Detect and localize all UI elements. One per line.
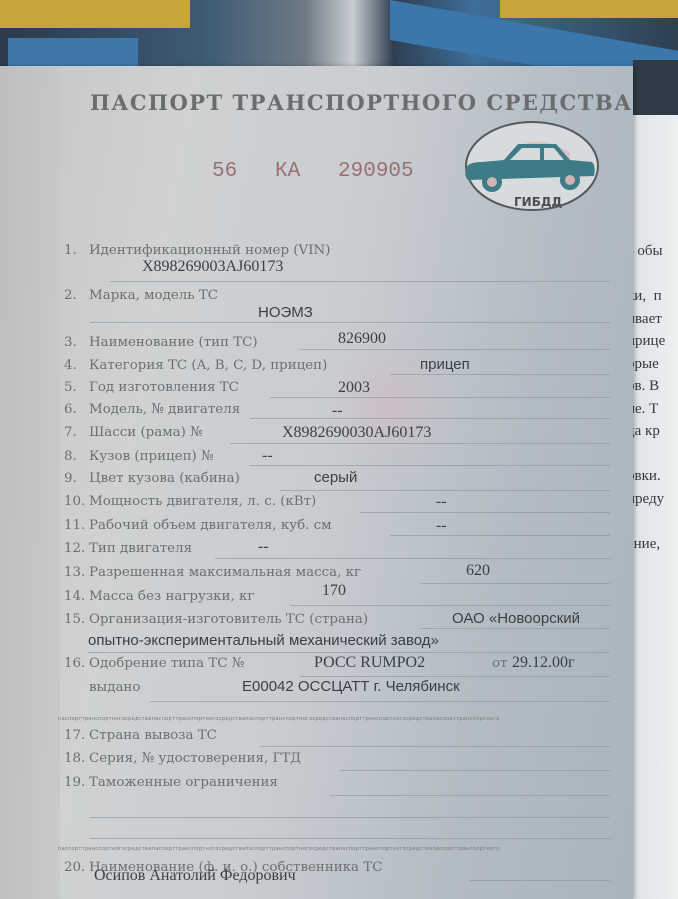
field-label-text: Одобрение типа ТС № — [89, 656, 244, 671]
field-value-14: 170 — [322, 582, 346, 600]
field-number: 12. — [64, 541, 89, 556]
field-value-16: РОСС RUMPO2 — [314, 654, 425, 672]
field-underline — [150, 701, 610, 702]
field-value-8: -- — [262, 447, 273, 465]
field-underline — [90, 838, 610, 839]
svg-text:ГИБДД: ГИБДД — [514, 195, 562, 209]
field-label-text: Год изготовления ТС — [89, 380, 239, 395]
field-underline — [250, 418, 610, 419]
field-label-3: 3.Наименование (тип ТС) — [64, 335, 258, 350]
field-value-11: -- — [436, 517, 447, 535]
field-label-text: Категория ТС (A, B, C, D, прицеп) — [89, 358, 327, 373]
field-value-10: -- — [436, 493, 447, 511]
field-number: 1. — [64, 243, 89, 258]
field-underline — [330, 795, 610, 796]
field-number: 7. — [64, 425, 89, 440]
field-underline — [110, 281, 610, 282]
background-photo — [0, 0, 678, 70]
field-number: 15. — [64, 612, 89, 627]
field-label-10: 10.Мощность двигателя, л. с. (кВт) — [64, 494, 316, 509]
field-label-16: 16.Одобрение типа ТС № — [64, 656, 244, 671]
field-number: 17. — [64, 728, 89, 743]
field-value-7: X8982690030AJ60173 — [282, 424, 431, 442]
field-number: 20. — [64, 860, 89, 875]
field-number: 14. — [64, 589, 89, 604]
field-label-7: 7.Шасси (рама) № — [64, 425, 203, 440]
field-number: 2. — [64, 288, 89, 303]
field-underline — [280, 490, 610, 491]
field-number: 10. — [64, 494, 89, 509]
field-underline — [420, 583, 610, 584]
field-underline — [90, 817, 610, 818]
field-label-text: Марка, модель ТС — [89, 288, 218, 303]
field-label-text: Таможенные ограничения — [89, 775, 278, 790]
field-underline — [360, 512, 610, 513]
field-number: 6. — [64, 402, 89, 417]
field-label-text: Серия, № удостоверения, ГТД — [89, 751, 301, 766]
field-underline — [260, 746, 610, 747]
field-underline — [90, 322, 610, 323]
document-serial-number: 56 КА 290905 — [212, 160, 414, 183]
field-number: 5. — [64, 380, 89, 395]
microtext-divider: паспорттранспортногосредствапаспорттранс… — [58, 846, 614, 852]
field-number: 16. — [64, 656, 89, 671]
field-16-issued-label: выдано — [89, 680, 140, 695]
field-underline — [250, 465, 610, 466]
field-label-13: 13.Разрешенная максимальная масса, кг — [64, 565, 361, 580]
field-underline — [88, 652, 610, 653]
microtext-divider: паспорттранспортногосредствапаспорттранс… — [58, 716, 614, 722]
field-label-text: Мощность двигателя, л. с. (кВт) — [89, 494, 316, 509]
field-label-1: 1.Идентификационный номер (VIN) — [64, 243, 330, 258]
field-label-text: Тип двигателя — [89, 541, 192, 556]
field-number: 18. — [64, 751, 89, 766]
field-value-6: -- — [332, 402, 343, 420]
field-16-date: 29.12.00г — [512, 654, 575, 672]
gibdd-logo: ГИБДД — [452, 118, 602, 214]
field-underline — [470, 880, 610, 881]
field-label-5: 5.Год изготовления ТС — [64, 380, 239, 395]
field-underline — [230, 443, 610, 444]
field-label-text: Разрешенная максимальная масса, кг — [89, 565, 361, 580]
field-label-14: 14.Масса без нагрузки, кг — [64, 589, 254, 604]
field-label-17: 17.Страна вывоза ТС — [64, 728, 217, 743]
field-label-text: Страна вывоза ТС — [89, 728, 217, 743]
field-value-3: 826900 — [338, 330, 386, 348]
field-underline — [390, 535, 610, 536]
field-label-18: 18.Серия, № удостоверения, ГТД — [64, 751, 301, 766]
field-underline — [340, 770, 610, 771]
field-label-9: 9.Цвет кузова (кабина) — [64, 471, 240, 486]
field-value-15: ОАО «Новоорский — [452, 610, 580, 627]
field-underline — [270, 397, 610, 398]
field-value-15-line2: опытно-экспериментальный механический за… — [88, 632, 439, 649]
field-label-text: Организация-изготовитель ТС (страна) — [89, 612, 368, 627]
field-underline — [300, 676, 610, 677]
field-label-text: Идентификационный номер (VIN) — [89, 243, 330, 258]
document-title: ПАСПОРТ ТРАНСПОРТНОГО СРЕДСТВА — [90, 90, 633, 115]
field-value-2: НОЭМЗ — [258, 304, 313, 321]
field-underline — [300, 349, 610, 350]
field-value-5: 2003 — [338, 379, 370, 397]
field-value-4: прицеп — [420, 356, 470, 373]
field-value-1: X898269003AJ60173 — [142, 258, 283, 276]
field-label-15: 15.Организация-изготовитель ТС (страна) — [64, 612, 368, 627]
field-label-8: 8.Кузов (прицеп) № — [64, 449, 214, 464]
field-underline — [390, 374, 610, 375]
field-16-from-label: от — [492, 656, 507, 671]
field-underline — [420, 628, 610, 629]
field-label-text: Рабочий объем двигателя, куб. см — [89, 518, 332, 533]
field-label-text: Модель, № двигателя — [89, 402, 240, 417]
field-label-text: Масса без нагрузки, кг — [89, 589, 254, 604]
field-number: 8. — [64, 449, 89, 464]
field-number: 19. — [64, 775, 89, 790]
field-label-text: Шасси (рама) № — [89, 425, 203, 440]
field-label-text: Кузов (прицеп) № — [89, 449, 214, 464]
car-icon: ГИБДД — [452, 118, 602, 214]
field-16-issuer: Е00042 ОССЦАТТ г. Челябинск — [242, 678, 460, 695]
field-number: 3. — [64, 335, 89, 350]
field-label-6: 6.Модель, № двигателя — [64, 402, 240, 417]
field-value-9: серый — [314, 469, 357, 486]
field-label-4: 4.Категория ТС (A, B, C, D, прицеп) — [64, 358, 327, 373]
field-underline — [290, 605, 610, 606]
field-label-11: 11.Рабочий объем двигателя, куб. см — [64, 518, 332, 533]
field-number: 11. — [64, 518, 89, 533]
field-value-20: Осипов Анатолий Федорович — [94, 867, 296, 885]
field-underline — [215, 558, 610, 559]
field-number: 13. — [64, 565, 89, 580]
field-value-12: -- — [258, 538, 269, 556]
field-label-text: Цвет кузова (кабина) — [89, 471, 240, 486]
field-number: 9. — [64, 471, 89, 486]
field-label-2: 2.Марка, модель ТС — [64, 288, 218, 303]
field-label-19: 19.Таможенные ограничения — [64, 775, 278, 790]
field-label-text: Наименование (тип ТС) — [89, 335, 258, 350]
field-value-13: 620 — [466, 562, 490, 580]
field-number: 4. — [64, 358, 89, 373]
field-label-12: 12.Тип двигателя — [64, 541, 192, 556]
